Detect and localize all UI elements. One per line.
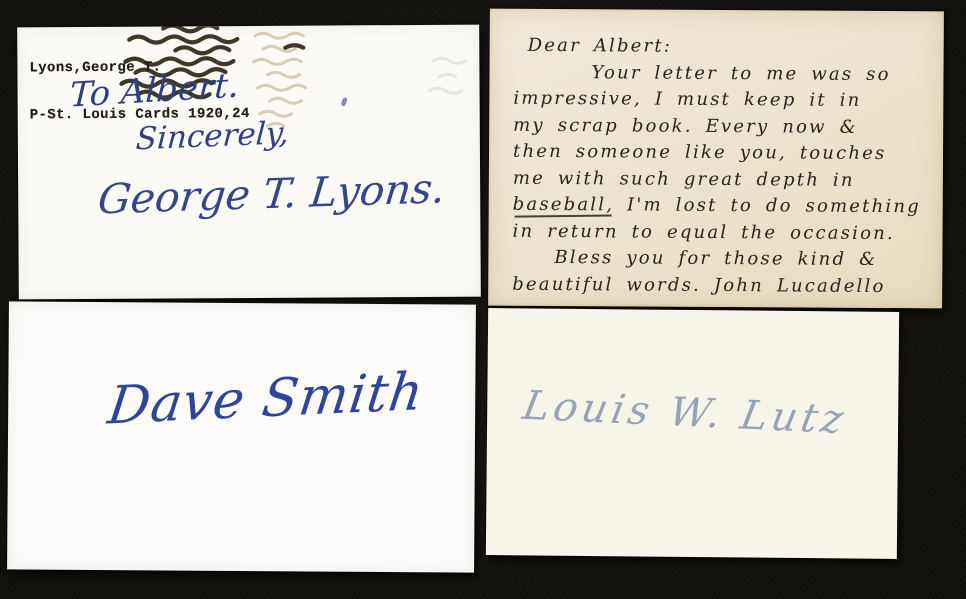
index-card-louis-lutz: Louis W. Lutz [486,308,899,559]
letter-line-8: in return to equal the occasion. [512,218,930,247]
letter-line-salutation: Dear Albert: [514,33,932,62]
handwritten-closing-sincerely: Sincerely, [135,115,290,157]
index-card-george-lyons: Lyons,George T. P-St. Louis Cards 1920,2… [17,25,481,300]
signature-george-t-lyons: George T. Lyons. [96,164,448,223]
signature-dave-smith: Dave Smith [105,362,428,437]
letter-line-2: Your letter to me was so [513,59,931,88]
letter-line-9: Bless you for those kind & [512,245,930,274]
letter-line-10-with-signature: beautiful words. John Lucadello [512,271,930,300]
handwritten-letter: Dear Albert: Your letter to me was so im… [512,33,932,301]
letter-line-5: then someone like you, touches [513,139,931,168]
letter-line-4: my scrap book. Every now & [513,112,931,141]
photo-background: Lyons,George T. P-St. Louis Cards 1920,2… [0,0,966,599]
index-card-dave-smith: Dave Smith [7,301,476,572]
index-card-john-lucadello-letter: Dear Albert: Your letter to me was so im… [488,9,944,309]
letter-line-3: impressive, I must keep it in [513,86,931,115]
signature-louis-w-lutz: Louis W. Lutz [519,383,851,443]
letter-line-6: me with such great depth in [513,165,931,194]
